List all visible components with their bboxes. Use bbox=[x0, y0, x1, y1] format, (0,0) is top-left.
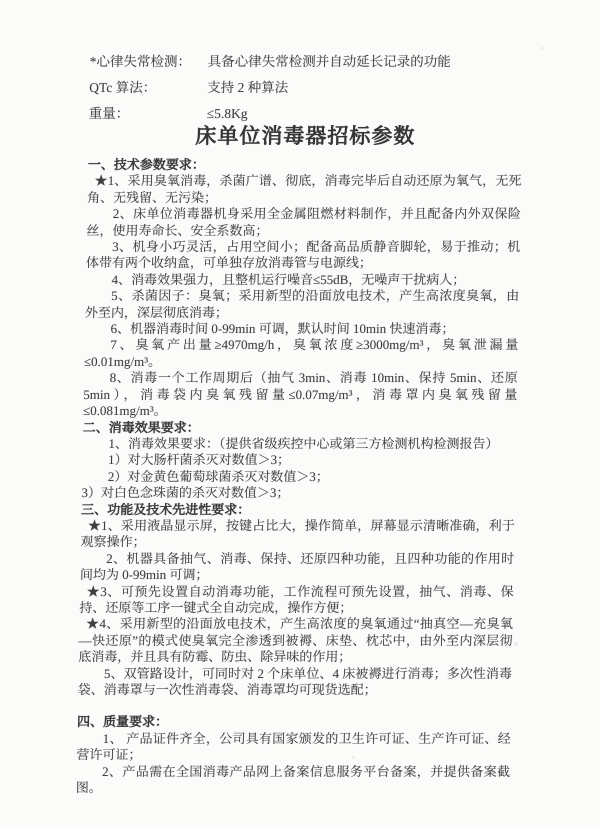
spec-row-arrhythmia: *心律失常检测： 具备心律失常检测并自动延长记录的功能 bbox=[90, 49, 524, 75]
spec-row-qtc: QTc 算法： 支持 2 种算法 bbox=[89, 75, 523, 101]
section-3-heading: 三、功能及技术先进性要求： bbox=[81, 502, 515, 518]
spec-label: QTc 算法： bbox=[89, 75, 207, 101]
document-sheet: *心律失常检测： 具备心律失常检测并自动延长记录的功能 QTc 算法： 支持 2… bbox=[76, 49, 524, 796]
spec-label: *心律失常检测： bbox=[90, 49, 208, 75]
disinfect-effect-item: 1、消毒效果要求：（提供省级疾控中心或第三方检测机构检测报告） bbox=[82, 436, 516, 452]
scanned-document-page: *心律失常检测： 具备心律失常检测并自动延长记录的功能 QTc 算法： 支持 2… bbox=[0, 0, 600, 825]
device-spec-table: *心律失常检测： 具备心律失常检测并自动延长记录的功能 QTc 算法： 支持 2… bbox=[89, 49, 524, 127]
tech-param-item: 2、床单位消毒器机身采用全金属阻燃材料制作，并且配备内外双保险丝，使用寿命长、安… bbox=[86, 206, 521, 239]
function-item: 2、机器具备抽气、消毒、保持、还原四种功能，且四种功能的作用时间均为 0-99m… bbox=[80, 551, 515, 584]
document-body: 一、技术参数要求： ★1、采用臭氧消毒，杀菌广谱、彻底，消毒完毕后自动还原为氧气… bbox=[76, 157, 522, 796]
quality-item: 2、产品需在全国消毒产品网上备案信息服务平台备案，并提供备案截图。 bbox=[76, 764, 511, 797]
function-item: ★4、采用新型的沿面放电技术，产生高浓度的臭氧通过“抽真空—充臭氧—快还原”的模… bbox=[78, 616, 513, 665]
disinfect-effect-item: 2）对金黄色葡萄球菌杀灭对数值＞3； bbox=[82, 469, 516, 485]
spec-value: 支持 2 种算法 bbox=[207, 75, 523, 101]
section-1-heading: 一、技术参数要求： bbox=[88, 157, 522, 173]
spec-label: 重量： bbox=[89, 101, 207, 127]
tech-param-item: 5、杀菌因子：臭氧；采用新型的沿面放电技术，产生高浓度臭氧，由外至内，深层彻底消… bbox=[85, 288, 520, 321]
section-4-heading: 四、质量要求： bbox=[77, 714, 511, 730]
tech-param-item: 6、机器消毒时间 0-99min 可调，默认时间 10min 快速消毒； bbox=[84, 321, 518, 337]
disinfect-effect-item: 1）对大肠杆菌杀灭对数值＞3； bbox=[82, 452, 516, 468]
function-item: 5、双管路设计，可同时对 2 个床单位、4 床被褥进行消毒；多次性消毒袋、消毒罩… bbox=[78, 666, 513, 699]
function-item: ★1、采用液晶显示屏，按键占比大，操作简单，屏幕显示清晰准确，利于观察操作； bbox=[80, 518, 515, 551]
disinfect-effect-item: 3）对白色念珠菌的杀灭对数值＞3； bbox=[81, 485, 515, 501]
quality-item: 1、 产品证件齐全，公司具有国家颁发的卫生许可证、生产许可证、经营许可证； bbox=[76, 731, 511, 764]
section-2-heading: 二、消毒效果要求： bbox=[83, 420, 517, 436]
scan-speck bbox=[514, 642, 518, 646]
scan-speck bbox=[541, 47, 544, 50]
tech-param-item: ★1、采用臭氧消毒，杀菌广谱、彻底，消毒完毕后自动还原为氧气，无死角、无残留、无… bbox=[87, 173, 522, 206]
tech-param-item: 7、臭氧产出量≥4970mg/h，臭氧浓度≥3000mg/m³，臭氧泄漏量≤0.… bbox=[84, 337, 519, 370]
tech-param-item: 4、消毒效果强力，且整机运行噪音≤55dB，无噪声干扰病人； bbox=[85, 272, 519, 288]
function-item: ★3、可预先设置自动消毒功能，工作流程可预先设置，抽气、消毒、保持、还原等工序一… bbox=[79, 584, 514, 617]
tech-param-item: 3、机身小巧灵活，占用空间小；配备高品质静音脚轮，易于推动；机体带有两个收纳盒，… bbox=[86, 239, 521, 272]
spec-value: 具备心律失常检测并自动延长记录的功能 bbox=[208, 49, 524, 75]
tech-param-item: 8、消毒一个工作周期后（抽气 3min、消毒 10min、保持 5min、还原 … bbox=[83, 370, 518, 419]
